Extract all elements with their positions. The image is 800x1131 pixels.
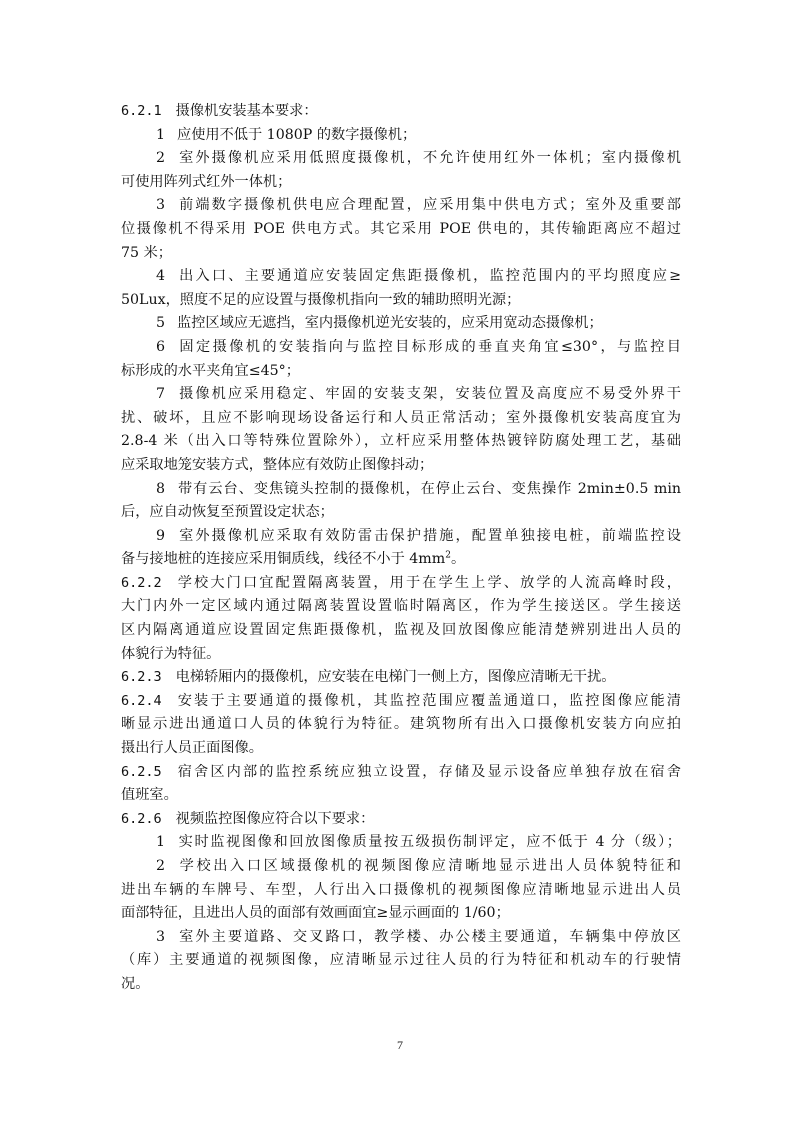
line-text: 后，应自动恢复至预置设定状态；	[121, 504, 334, 520]
text-line: 进出车辆的车牌号、车型，人行出入口摄像机的视频图像应清晰地显示进出人员	[121, 879, 681, 903]
line-text: （库）主要通道的视频图像，应清晰显示过往人员的行为特征和机动车的行驶情	[121, 952, 681, 968]
item-number: 2	[156, 858, 165, 874]
line-text: 出入口、主要通道应安装固定焦距摄像机，监控范围内的平均照度应≥	[177, 268, 681, 284]
line-text: 监控区域应无遮挡，室内摄像机逆光安装的，应采用宽动态摄像机；	[177, 315, 603, 331]
section-heading-line: 6.2.1摄像机安装基本要求：	[121, 100, 681, 124]
line-text: 摄像机应采用稳定、牢固的安装支架，安装位置及高度应不易受外界干	[177, 386, 681, 402]
list-item-line: 3室外主要道路、交叉路口，教学楼、办公楼主要通道，车辆集中停放区	[121, 926, 681, 950]
page-number: 7	[0, 1038, 800, 1053]
line-text: 固定摄像机的安装指向与监控目标形成的垂直夹角宜≤30°，与监控目	[177, 339, 681, 355]
line-text: 室外主要道路、交叉路口，教学楼、办公楼主要通道，车辆集中停放区	[177, 929, 681, 945]
item-number: 6	[156, 339, 165, 355]
line-text: 大门内外一定区域内通过隔离装置设置临时隔离区，作为学生接送区。学生接送	[121, 598, 681, 614]
item-number: 1	[156, 127, 165, 143]
list-item-line: 9室外摄像机应采取有效防雷击保护措施，配置单独接电桩，前端监控设	[121, 525, 681, 549]
line-text: 75 米；	[121, 245, 172, 261]
document-body: 6.2.1摄像机安装基本要求：1应使用不低于 1080P 的数字摄像机；2室外摄…	[121, 100, 681, 997]
line-text: 摄像机安装基本要求：	[176, 103, 318, 119]
text-line: 摄出行人员正面图像。	[121, 737, 681, 761]
line-text-suffix: 。	[451, 551, 465, 567]
section-heading-line: 6.2.4安装于主要通道的摄像机，其监控范围应覆盖通道口，监控图像应能清	[121, 690, 681, 714]
line-text: 面部特征，且进出人员的面部有效画面宜≥显示画面的 1/60；	[121, 905, 510, 921]
list-item-line: 6固定摄像机的安装指向与监控目标形成的垂直夹角宜≤30°，与监控目	[121, 336, 681, 360]
item-number: 8	[156, 481, 165, 497]
section-heading-line: 6.2.5宿舍区内部的监控系统应独立设置，存储及显示设备应单独存放在宿舍	[121, 761, 681, 785]
list-item-line: 1实时监视图像和回放图像质量按五级损伤制评定，应不低于 4 分（级）；	[121, 831, 681, 855]
text-line: 标形成的水平夹角宜≤45°；	[121, 360, 681, 384]
line-text: 应使用不低于 1080P 的数字摄像机；	[177, 127, 416, 143]
section-number: 6.2.3	[121, 669, 162, 685]
text-line: 面部特征，且进出人员的面部有效画面宜≥显示画面的 1/60；	[121, 902, 681, 926]
list-item-line: 2学校出入口区域摄像机的视频图像应清晰地显示进出人员体貌特征和	[121, 855, 681, 879]
line-text: 备与接地桩的连接应采用铜质线，线径不小于 4mm	[121, 551, 445, 567]
line-text: 室外摄像机应采取有效防雷击保护措施，配置单独接电桩，前端监控设	[177, 528, 681, 544]
text-line: 区内隔离通道应设置固定焦距摄像机，监视及回放图像应能清楚辨别进出人员的	[121, 619, 681, 643]
line-text: 应采取地笼安装方式，整体应有效防止图像抖动；	[121, 457, 433, 473]
line-text: 宿舍区内部的监控系统应独立设置，存储及显示设备应单独存放在宿舍	[176, 764, 681, 780]
section-heading-line: 6.2.2学校大门口宜配置隔离装置，用于在学生上学、放学的人流高峰时段，	[121, 572, 681, 596]
section-number: 6.2.2	[121, 575, 162, 591]
item-number: 1	[156, 834, 165, 850]
item-number: 9	[156, 528, 165, 544]
line-text: 扰、破坏，且应不影响现场设备运行和人员正常活动；室外摄像机安装高度宜为	[121, 410, 681, 426]
line-text: 安装于主要通道的摄像机，其监控范围应覆盖通道口，监控图像应能清	[176, 693, 681, 709]
text-line: 后，应自动恢复至预置设定状态；	[121, 501, 681, 525]
line-text: 可使用阵列式红外一体机；	[121, 174, 291, 190]
line-text: 学校出入口区域摄像机的视频图像应清晰地显示进出人员体貌特征和	[177, 858, 681, 874]
section-heading-line: 6.2.3电梯轿厢内的摄像机，应安装在电梯门一侧上方，图像应清晰无干扰。	[121, 666, 681, 690]
item-number: 4	[156, 268, 165, 284]
line-text: 位摄像机不得采用 POE 供电方式。其它采用 POE 供电的，其传输距离应不超过	[121, 221, 681, 237]
line-text: 2.8-4 米（出入口等特殊位置除外），立杆应采用整体热镀锌防腐处理工艺，基础	[121, 433, 681, 449]
text-line: 备与接地桩的连接应采用铜质线，线径不小于 4mm2。	[121, 548, 681, 572]
text-line: 体貌行为特征。	[121, 643, 681, 667]
text-line: 50Lux，照度不足的应设置与摄像机指向一致的辅助照明光源；	[121, 289, 681, 313]
line-text: 值班室。	[121, 787, 178, 803]
section-number: 6.2.6	[121, 811, 162, 827]
line-text: 室外摄像机应采用低照度摄像机，不允许使用红外一体机；室内摄像机	[177, 150, 681, 166]
text-line: 位摄像机不得采用 POE 供电方式。其它采用 POE 供电的，其传输距离应不超过	[121, 218, 681, 242]
text-line: 扰、破坏，且应不影响现场设备运行和人员正常活动；室外摄像机安装高度宜为	[121, 407, 681, 431]
list-item-line: 2室外摄像机应采用低照度摄像机，不允许使用红外一体机；室内摄像机	[121, 147, 681, 171]
section-number: 6.2.5	[121, 764, 162, 780]
item-number: 5	[156, 315, 165, 331]
text-line: （库）主要通道的视频图像，应清晰显示过往人员的行为特征和机动车的行驶情	[121, 949, 681, 973]
text-line: 大门内外一定区域内通过隔离装置设置临时隔离区，作为学生接送区。学生接送	[121, 595, 681, 619]
line-text: 学校大门口宜配置隔离装置，用于在学生上学、放学的人流高峰时段，	[176, 575, 681, 591]
line-text: 体貌行为特征。	[121, 646, 220, 662]
item-number: 2	[156, 150, 165, 166]
item-number: 3	[156, 929, 165, 945]
section-heading-line: 6.2.6视频监控图像应符合以下要求：	[121, 808, 681, 832]
line-text: 电梯轿厢内的摄像机，应安装在电梯门一侧上方，图像应清晰无干扰。	[176, 669, 616, 685]
text-line: 可使用阵列式红外一体机；	[121, 171, 681, 195]
line-text: 况。	[121, 976, 149, 992]
text-line: 况。	[121, 973, 681, 997]
item-number: 7	[156, 386, 165, 402]
line-text: 标形成的水平夹角宜≤45°；	[121, 363, 300, 379]
line-text: 50Lux，照度不足的应设置与摄像机指向一致的辅助照明光源；	[121, 292, 520, 308]
list-item-line: 8带有云台、变焦镜头控制的摄像机，在停止云台、变焦操作 2min±0.5 min	[121, 478, 681, 502]
line-text: 进出车辆的车牌号、车型，人行出入口摄像机的视频图像应清晰地显示进出人员	[121, 882, 681, 898]
list-item-line: 5监控区域应无遮挡，室内摄像机逆光安装的，应采用宽动态摄像机；	[121, 312, 681, 336]
list-item-line: 3前端数字摄像机供电应合理配置，应采用集中供电方式；室外及重要部	[121, 194, 681, 218]
text-line: 应采取地笼安装方式，整体应有效防止图像抖动；	[121, 454, 681, 478]
line-text: 视频监控图像应符合以下要求：	[176, 811, 375, 827]
line-text: 晰显示进出通道口人员的体貌行为特征。建筑物所有出入口摄像机安装方向应拍	[121, 716, 681, 732]
text-line: 值班室。	[121, 784, 681, 808]
section-number: 6.2.1	[121, 103, 162, 119]
list-item-line: 7摄像机应采用稳定、牢固的安装支架，安装位置及高度应不易受外界干	[121, 383, 681, 407]
text-line: 2.8-4 米（出入口等特殊位置除外），立杆应采用整体热镀锌防腐处理工艺，基础	[121, 430, 681, 454]
line-text: 区内隔离通道应设置固定焦距摄像机，监视及回放图像应能清楚辨别进出人员的	[121, 622, 681, 638]
line-text: 摄出行人员正面图像。	[121, 740, 263, 756]
list-item-line: 4出入口、主要通道应安装固定焦距摄像机，监控范围内的平均照度应≥	[121, 265, 681, 289]
text-line: 75 米；	[121, 242, 681, 266]
text-line: 晰显示进出通道口人员的体貌行为特征。建筑物所有出入口摄像机安装方向应拍	[121, 713, 681, 737]
item-number: 3	[156, 197, 165, 213]
line-text: 实时监视图像和回放图像质量按五级损伤制评定，应不低于 4 分（级）；	[177, 834, 681, 850]
line-text: 带有云台、变焦镜头控制的摄像机，在停止云台、变焦操作 2min±0.5 min	[177, 481, 681, 497]
section-number: 6.2.4	[121, 693, 162, 709]
line-text: 前端数字摄像机供电应合理配置，应采用集中供电方式；室外及重要部	[177, 197, 681, 213]
list-item-line: 1应使用不低于 1080P 的数字摄像机；	[121, 124, 681, 148]
